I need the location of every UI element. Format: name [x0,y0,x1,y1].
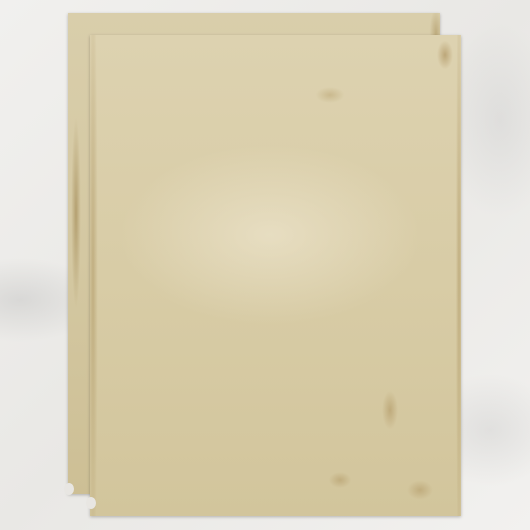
sheet-notch [64,483,74,495]
sheet-notch [86,497,96,509]
front-parchment-sheet [90,35,461,516]
